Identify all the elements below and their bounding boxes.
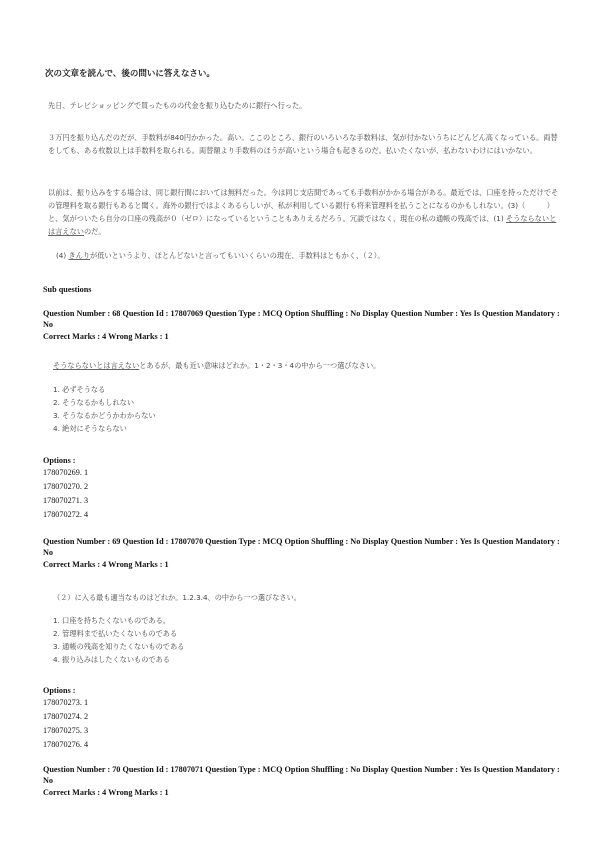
choice-item: 2. 管理料まで払いたくないものである	[53, 627, 453, 640]
passage-text: のだ。	[84, 227, 106, 236]
choice-item: 3. そうなるかどうかわからない	[53, 409, 453, 422]
question-69-options-label: Options :	[43, 686, 76, 697]
question-68-options: 178070269. 1 178070270. 2 178070271. 3 1…	[43, 466, 88, 522]
passage-paragraph-3: 以前は、振り込みをする場合は、同じ銀行間においては無料だった。今は同じ支店間であ…	[48, 186, 563, 238]
passage-paragraph-4: (4) きんりが低いというより、ほとんどないと言ってもいいくらいの現在、手数料は…	[56, 249, 571, 262]
question-text: （２）に入る最も適当なものはどれか。1.2.3.4、の中から一つ選びなさい。	[53, 593, 301, 602]
passage-text: 以前は、振り込みをする場合は、同じ銀行間においては無料だった。今は同じ支店間であ…	[48, 188, 558, 223]
passage-text: (4)	[56, 251, 68, 260]
instruction-heading: 次の文章を読んで、後の問いに答えなさい。	[45, 67, 215, 79]
choice-item: 2. そうなるかもしれない	[53, 396, 453, 409]
question-70-marks: Correct Marks : 4 Wrong Marks : 1	[43, 788, 169, 799]
choice-item: 1. 口座を持ちたくないものである。	[53, 614, 453, 627]
option-item: 178070273. 1	[43, 696, 88, 710]
choice-item: 3. 通帳の残高を知りたくないものである	[53, 640, 453, 653]
option-item: 178070272. 4	[43, 508, 88, 522]
passage-text: が低いというより、ほとんどないと言ってもいいくらいの現在、手数料はともかく、（２…	[90, 251, 385, 260]
option-item: 178070271. 3	[43, 494, 88, 508]
question-69-text: （２）に入る最も適当なものはどれか。1.2.3.4、の中から一つ選びなさい。	[53, 591, 553, 604]
question-68-choices: 1. 必ずそうなる 2. そうなるかもしれない 3. そうなるかどうかわからない…	[53, 383, 453, 435]
question-70-meta: Question Number : 70 Question Id : 17807…	[43, 765, 563, 786]
question-69-marks: Correct Marks : 4 Wrong Marks : 1	[43, 560, 169, 571]
question-68-marks: Correct Marks : 4 Wrong Marks : 1	[43, 332, 169, 343]
option-item: 178070270. 2	[43, 480, 88, 494]
question-text: とあるが、最も近い意味はどれか。1・2・3・4の中から一つ選びなさい。	[139, 361, 380, 370]
choice-item: 1. 必ずそうなる	[53, 383, 453, 396]
option-item: 178070275. 3	[43, 724, 88, 738]
option-item: 178070269. 1	[43, 466, 88, 480]
underlined-phrase: そうならないとは言えない	[53, 361, 139, 370]
choice-item: 4. 振り込みはしたくないものである	[53, 653, 453, 666]
passage-paragraph-2: ３万円を振り込んだのだが、手数料が840円かかった。高い。ここのところ、銀行のい…	[48, 131, 563, 157]
underlined-word: きんり	[68, 251, 90, 260]
document-page: 次の文章を読んで、後の問いに答えなさい。 先日、テレビショッピングで買ったものの…	[0, 0, 595, 842]
question-68-text: そうならないとは言えないとあるが、最も近い意味はどれか。1・2・3・4の中から一…	[53, 359, 553, 372]
question-69-meta: Question Number : 69 Question Id : 17807…	[43, 537, 563, 558]
option-item: 178070274. 2	[43, 710, 88, 724]
option-item: 178070276. 4	[43, 738, 88, 752]
choice-item: 4. 絶対にそうならない	[53, 422, 453, 435]
question-69-options: 178070273. 1 178070274. 2 178070275. 3 1…	[43, 696, 88, 752]
question-69-choices: 1. 口座を持ちたくないものである。 2. 管理料まで払いたくないものである 3…	[53, 614, 453, 666]
question-68-meta: Question Number : 68 Question Id : 17807…	[43, 309, 563, 330]
sub-questions-label: Sub questions	[43, 285, 91, 296]
question-68-options-label: Options :	[43, 456, 76, 467]
passage-paragraph-1: 先日、テレビショッピングで買ったものの代金を振り込むために銀行へ行った。	[48, 99, 563, 112]
